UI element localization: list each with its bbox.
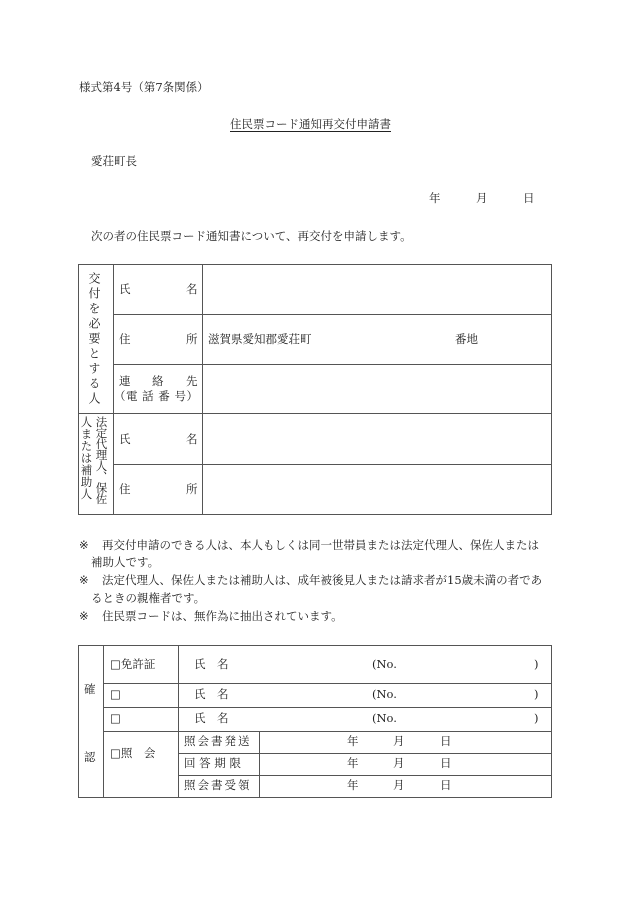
id-number-open: (No. — [372, 689, 397, 701]
id-number-close: ) — [534, 659, 539, 671]
inquiry-sent-year: 年 — [347, 736, 359, 748]
applicant-name-field[interactable] — [206, 280, 546, 306]
label-rep-address-a: 住 — [119, 484, 131, 496]
note-2-line2: るときの親権者です。 — [91, 593, 205, 605]
note-mark: ※ — [79, 611, 89, 623]
inquiry-sent-day: 日 — [440, 736, 452, 748]
date-year-label: 年 — [429, 193, 441, 205]
date-day-label: 日 — [523, 193, 535, 205]
label-rep-name-a: 氏 — [119, 434, 131, 446]
reply-deadline-month: 月 — [393, 758, 405, 770]
confirm-label-top: 確 — [84, 684, 96, 696]
label-contact-3: 先 — [186, 376, 198, 388]
id-name-label: 氏 名 — [194, 689, 229, 701]
representative-address-field[interactable] — [206, 478, 546, 504]
inquiry-received-year: 年 — [347, 780, 359, 792]
page-title: 住民票コード通知再交付申請書 — [230, 119, 391, 131]
id-number-close: ) — [534, 713, 539, 725]
inquiry-sent-month: 月 — [393, 736, 405, 748]
inquiry-checkbox[interactable]: □照 会 — [110, 748, 155, 760]
label-phone: （電 話 番 号） — [114, 391, 198, 403]
id-checkbox-other-1[interactable]: □ — [110, 689, 121, 701]
group-label-representative-col1: 法定代理人、保佐 — [95, 416, 107, 504]
label-contact-2: 絡 — [152, 376, 164, 388]
id-number-open: (No. — [372, 713, 397, 725]
applicant-phone-field[interactable] — [206, 378, 546, 404]
inquiry-received-month: 月 — [393, 780, 405, 792]
date-month-label: 月 — [476, 193, 488, 205]
label-name-b: 名 — [186, 284, 198, 296]
id-checkbox-license[interactable]: □免許証 — [110, 659, 155, 671]
id-number-close: ) — [534, 689, 539, 701]
note-3-line1: 住民票コードは、無作為に抽出されています。 — [102, 611, 343, 623]
group-label-representative-col2: 人または補助人 — [80, 416, 92, 500]
label-name-a: 氏 — [119, 284, 131, 296]
id-name-label: 氏 名 — [194, 659, 229, 671]
inquiry-received-label: 照会書受領 — [184, 780, 252, 792]
note-2-line1: 法定代理人、保佐人または補助人は、成年被後見人または請求者が15歳未満の者であ — [102, 575, 542, 587]
address-suffix: 番地 — [455, 334, 478, 346]
representative-name-field[interactable] — [206, 428, 546, 454]
inquiry-sent-label: 照会書発送 — [184, 736, 252, 748]
id-checkbox-other-2[interactable]: □ — [110, 713, 121, 725]
note-1-line2: 補助人です。 — [91, 557, 159, 569]
inquiry-received-day: 日 — [440, 780, 452, 792]
reply-deadline-label: 回 答 期 限 — [184, 758, 241, 770]
label-address-a: 住 — [119, 334, 131, 346]
applicant-address-field[interactable]: 滋賀県愛知郡愛荘町 — [208, 334, 312, 346]
addressee: 愛荘町長 — [91, 156, 137, 168]
reply-deadline-year: 年 — [347, 758, 359, 770]
note-mark: ※ — [79, 575, 89, 587]
reply-deadline-day: 日 — [440, 758, 452, 770]
id-number-open: (No. — [372, 659, 397, 671]
label-rep-address-b: 所 — [186, 484, 198, 496]
note-mark: ※ — [79, 540, 89, 552]
label-address-b: 所 — [186, 334, 198, 346]
label-rep-name-b: 名 — [186, 434, 198, 446]
group-label-recipient: 交付を必要とする人 — [88, 272, 100, 407]
confirm-label-bottom: 認 — [84, 752, 96, 764]
id-name-label: 氏 名 — [194, 713, 229, 725]
label-contact-1: 連 — [119, 376, 131, 388]
intro-text: 次の者の住民票コード通知書について、再交付を申請します。 — [91, 231, 412, 243]
form-number: 様式第4号（第7条関係） — [79, 82, 209, 94]
note-1-line1: 再交付申請のできる人は、本人もしくは同一世帯員または法定代理人、保佐人または — [102, 540, 539, 552]
